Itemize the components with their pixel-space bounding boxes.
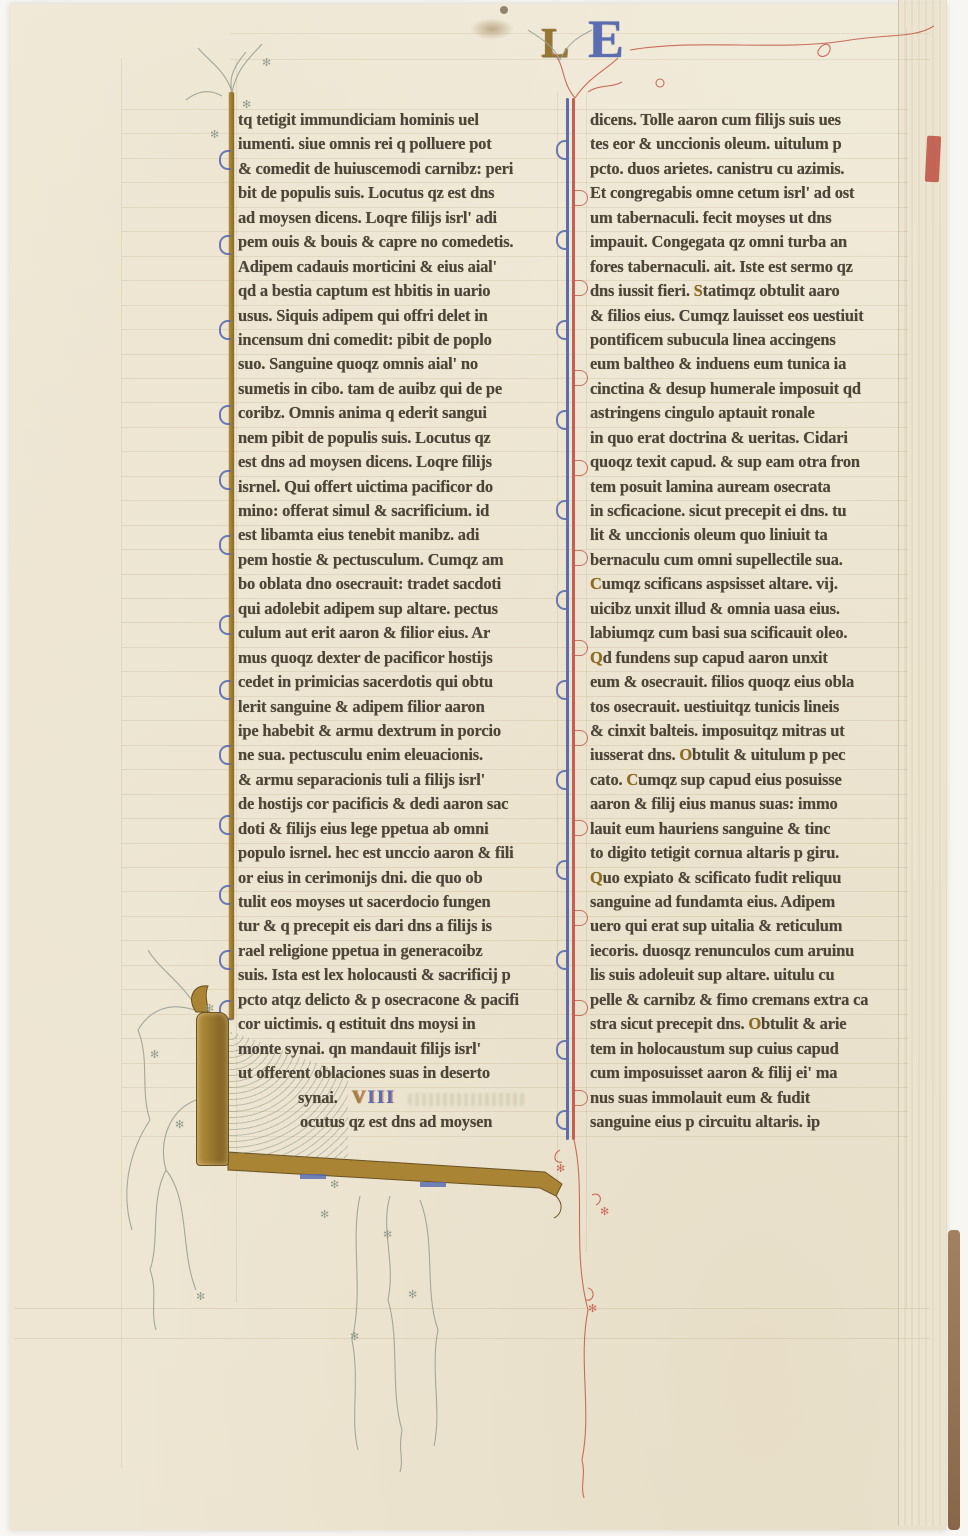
gold-left-border-bar [229, 92, 234, 1020]
flower-sprig-red: ✻ [588, 1302, 597, 1315]
manuscript-line: pontificem subucula linea accingens [590, 328, 868, 352]
manuscript-line: culum aut erit aaron & filior eius. Ar [238, 621, 519, 645]
manuscript-line: qd a bestia captum est hbitis in uario [238, 279, 519, 303]
manuscript-line: mino: offerat simul & sacrificium. id [238, 499, 519, 523]
blue-scallop [219, 150, 231, 170]
manuscript-line: est libamta eius tenebit manibz. adi [238, 523, 519, 547]
blue-scallop [556, 590, 568, 610]
blue-scallop [556, 680, 568, 700]
manuscript-line: pcto. duos arietes. canistru cu azimis. [590, 157, 868, 181]
manuscript-line: & armu separacionis tuli a filijs isrl' [238, 768, 519, 792]
manuscript-line: de hostijs cor pacificis & dedi aaron sa… [238, 792, 519, 816]
blue-scallop [556, 1110, 568, 1130]
manuscript-line: sanguine eius p circuitu altaris. ip [590, 1110, 868, 1134]
flower-sprig: ✻ [350, 1330, 359, 1343]
manuscript-line: iumenti. siue omnis rei q polluere pot [238, 132, 519, 156]
blue-scallop [556, 230, 568, 250]
manuscript-line: astringens cingulo aptauit ronale [590, 401, 868, 425]
flower-sprig-red: ✻ [600, 1205, 609, 1218]
blue-scallop [556, 770, 568, 790]
blue-scallop [556, 140, 568, 160]
manuscript-line: uicibz unxit illud & omnia uasa eius. [590, 597, 868, 621]
manuscript-line: nem pibit de populis suis. Locutus qz [238, 426, 519, 450]
manuscript-line: cato. Cumqz sup capud eius posuisse [590, 768, 868, 792]
manuscript-line: dns iussit fieri. Statimqz obtulit aaro [590, 279, 868, 303]
manuscript-line: Adipem cadauis morticini & eius aial' [238, 255, 519, 279]
blue-scallop [219, 615, 231, 635]
manuscript-line: in scficacione. sicut precepit ei dns. t… [590, 499, 868, 523]
manuscript-line: rael religione ppetua in generacoibz [238, 939, 519, 963]
manuscript-line: cor uictimis. q estituit dns moysi in [238, 1012, 519, 1036]
manuscript-line: monte synai. qn mandauit filijs isrl' [238, 1037, 519, 1061]
manuscript-line: tulit eos moyses ut sacerdocio fungen [238, 890, 519, 914]
manuscript-line: pem hostie & pectusculum. Cumqz am [238, 548, 519, 572]
blue-scallop [219, 470, 231, 490]
manuscript-line: to digito tetigit cornua altaris p giru. [590, 841, 868, 865]
manuscript-line: lauit eum hauriens sanguine & tinc [590, 817, 868, 841]
manuscript-line: Et congregabis omne cetum isrl' ad ost [590, 181, 868, 205]
blue-scallop [219, 235, 231, 255]
flower-sprig: ✻ [408, 1288, 417, 1301]
manuscript-line: suis. Ista est lex holocausti & sacrific… [238, 963, 519, 987]
manuscript-line: mus quoqz dexter de pacificor hostijs [238, 646, 519, 670]
flower-sprig: ✻ [205, 1002, 214, 1015]
manuscript-line: ipe habebit & armu dextrum in porcio [238, 719, 519, 743]
blue-scallop [556, 500, 568, 520]
manuscript-line: ad moysen dicens. Loqre filijs isrl' adi [238, 206, 519, 230]
manuscript-line: quoqz texit capud. & sup eam otra fron [590, 450, 868, 474]
blue-scallop [556, 320, 568, 340]
blue-scallop [219, 535, 231, 555]
manuscript-line: tem in holocaustum sup cuius capud [590, 1037, 868, 1061]
manuscript-line: usus. Siquis adipem qui offri delet in [238, 304, 519, 328]
manuscript-line: cinctina & desup humerale imposuit qd [590, 377, 868, 401]
manuscript-line: cedet in primicias sacerdotis qui obtu [238, 670, 519, 694]
manuscript-line: fores tabernaculi. ait. Iste est sermo q… [590, 255, 868, 279]
blue-scallop [219, 950, 231, 970]
flower-sprig: ✻ [196, 1290, 205, 1303]
flower-sprig: ✻ [330, 1178, 339, 1191]
manuscript-line: isrnel. Qui offert uictima pacificor do [238, 475, 519, 499]
blue-scallop [556, 950, 568, 970]
blue-scallop [219, 885, 231, 905]
offset-ink-ghost [408, 1093, 526, 1106]
blue-scallop [219, 320, 231, 340]
flower-sprig: ✻ [320, 1208, 329, 1221]
blue-scallop [219, 680, 231, 700]
manuscript-line: ut offerent oblaciones suas in deserto [238, 1061, 519, 1085]
manuscript-line: bit de populis suis. Locutus qz est dns [238, 181, 519, 205]
grey-penwork-spray-top [186, 30, 592, 100]
chapter-end-line: synai.VIII [298, 1086, 526, 1110]
flower-sprig: ✻ [150, 1048, 159, 1061]
explicit-word: synai. [298, 1088, 338, 1107]
manuscript-line: iecoris. duosqz renunculos cum aruinu [590, 939, 868, 963]
incipit-line: ocutus qz est dns ad moysen [300, 1110, 492, 1134]
flower-sprig-red: ✻ [556, 1162, 565, 1175]
flower-sprig: ✻ [175, 1118, 184, 1131]
manuscript-line: Cumqz scificans aspsisset altare. vij. [590, 572, 868, 596]
chapter-numeral: VIII [352, 1086, 396, 1110]
manuscript-line: tur & q precepit eis dari dns a filijs i… [238, 914, 519, 938]
text-column-right: dicens. Tolle aaron cum filijs suis uest… [590, 108, 868, 1134]
manuscript-line: & filios eius. Cumqz lauisset eos uestiu… [590, 304, 868, 328]
manuscript-line: dicens. Tolle aaron cum filijs suis ues [590, 108, 868, 132]
manuscript-line: pelle & carnibz & fimo cremans extra ca [590, 988, 868, 1012]
manuscript-line: lerit sanguine & adipem filior aaron [238, 695, 519, 719]
intercolumn-bar-red [572, 98, 575, 1140]
manuscript-line: coribz. Omnis anima q ederit sangui [238, 401, 519, 425]
manuscript-line: pem ouis & bouis & capre no comedetis. [238, 230, 519, 254]
manuscript-line: lit & unccionis oleum quo liniuit ta [590, 523, 868, 547]
manuscript-line: in quo erat doctrina & ueritas. Cidari [590, 426, 868, 450]
manuscript-line: pcto atqz delicto & p osecracone & pacif… [238, 988, 519, 1012]
manuscript-line: Quo expiato & scificato fudit reliquu [590, 866, 868, 890]
flower-sprig: ✻ [210, 128, 219, 141]
manuscript-line: populo isrnel. hec est unccio aaron & fi… [238, 841, 519, 865]
manuscript-line: doti & filijs eius lege ppetua ab omni [238, 817, 519, 841]
manuscript-line: incensum dni comedit: pibit de poplo [238, 328, 519, 352]
manuscript-line: uero qui erat sup uitalia & reticulum [590, 914, 868, 938]
blue-scallop [556, 1040, 568, 1060]
manuscript-line: tq tetigit immundiciam hominis uel [238, 108, 519, 132]
manuscript-line: qui adolebit adipem sup altare. pectus [238, 597, 519, 621]
manuscript-line: labiumqz cum basi sua scificauit oleo. [590, 621, 868, 645]
manuscript-line: cum imposuisset aaron & filij ei' ma [590, 1061, 868, 1085]
manuscript-line: & comedit de huiuscemodi carnibz: peri [238, 157, 519, 181]
manuscript-line: aaron & filij eius manus suas: immo [590, 792, 868, 816]
manuscript-line: nus suas immolauit eum & fudit [590, 1086, 868, 1110]
text-column-left: tq tetigit immundiciam hominis ueliument… [238, 108, 519, 1086]
manuscript-line: um tabernaculi. fecit moyses ut dns [590, 206, 868, 230]
manuscript-line: impauit. Congegata qz omni turba an [590, 230, 868, 254]
blue-scallop [556, 410, 568, 430]
manuscript-line: eum baltheo & induens eum tunica ia [590, 352, 868, 376]
blue-scallop [219, 405, 231, 425]
manuscript-line: stra sicut precepit dns. Obtulit & arie [590, 1012, 868, 1036]
blue-scallop [219, 745, 231, 765]
manuscript-line: & cinxit balteis. imposuitqz mitras ut [590, 719, 868, 743]
flower-sprig: ✻ [242, 98, 251, 111]
flower-sprig: ✻ [383, 1228, 392, 1241]
blue-scallop [556, 860, 568, 880]
manuscript-line: eum & osecrauit. filios quoqz eius obla [590, 670, 868, 694]
manuscript-line: suo. Sanguine quoqz omnis aial' no [238, 352, 519, 376]
manuscript-line: or eius in cerimonijs dni. die quo ob [238, 866, 519, 890]
manuscript-line: bernaculu cum omni supellectile sua. [590, 548, 868, 572]
blue-scallop [219, 815, 231, 835]
manuscript-line: lis suis adoleuit sup altare. uitulu cu [590, 963, 868, 987]
flower-sprig: ✻ [262, 56, 271, 69]
manuscript-line: sumetis in cibo. tam de auibz qui de pe [238, 377, 519, 401]
manuscript-photo: { "manuscript": { "description": "Illumi… [0, 0, 968, 1536]
illuminated-initial-l [196, 1012, 229, 1166]
manuscript-line: Qd fundens sup capud aaron unxit [590, 646, 868, 670]
manuscript-line: est dns ad moysen dicens. Loqre filijs [238, 450, 519, 474]
manuscript-line: tes eor & unccionis oleum. uitulum p [590, 132, 868, 156]
manuscript-line: ne sua. pectusculu enim eleuacionis. [238, 743, 519, 767]
manuscript-line: tos osecrauit. uestiuitqz tunicis lineis [590, 695, 868, 719]
manuscript-line: iusserat dns. Obtulit & uitulum p pec [590, 743, 868, 767]
manuscript-line: tem posuit lamina auream osecrata [590, 475, 868, 499]
manuscript-line: sanguine ad fundamta eius. Adipem [590, 890, 868, 914]
intercolumn-bar-blue [566, 98, 569, 1140]
manuscript-line: bo oblata dno osecrauit: tradet sacdoti [238, 572, 519, 596]
